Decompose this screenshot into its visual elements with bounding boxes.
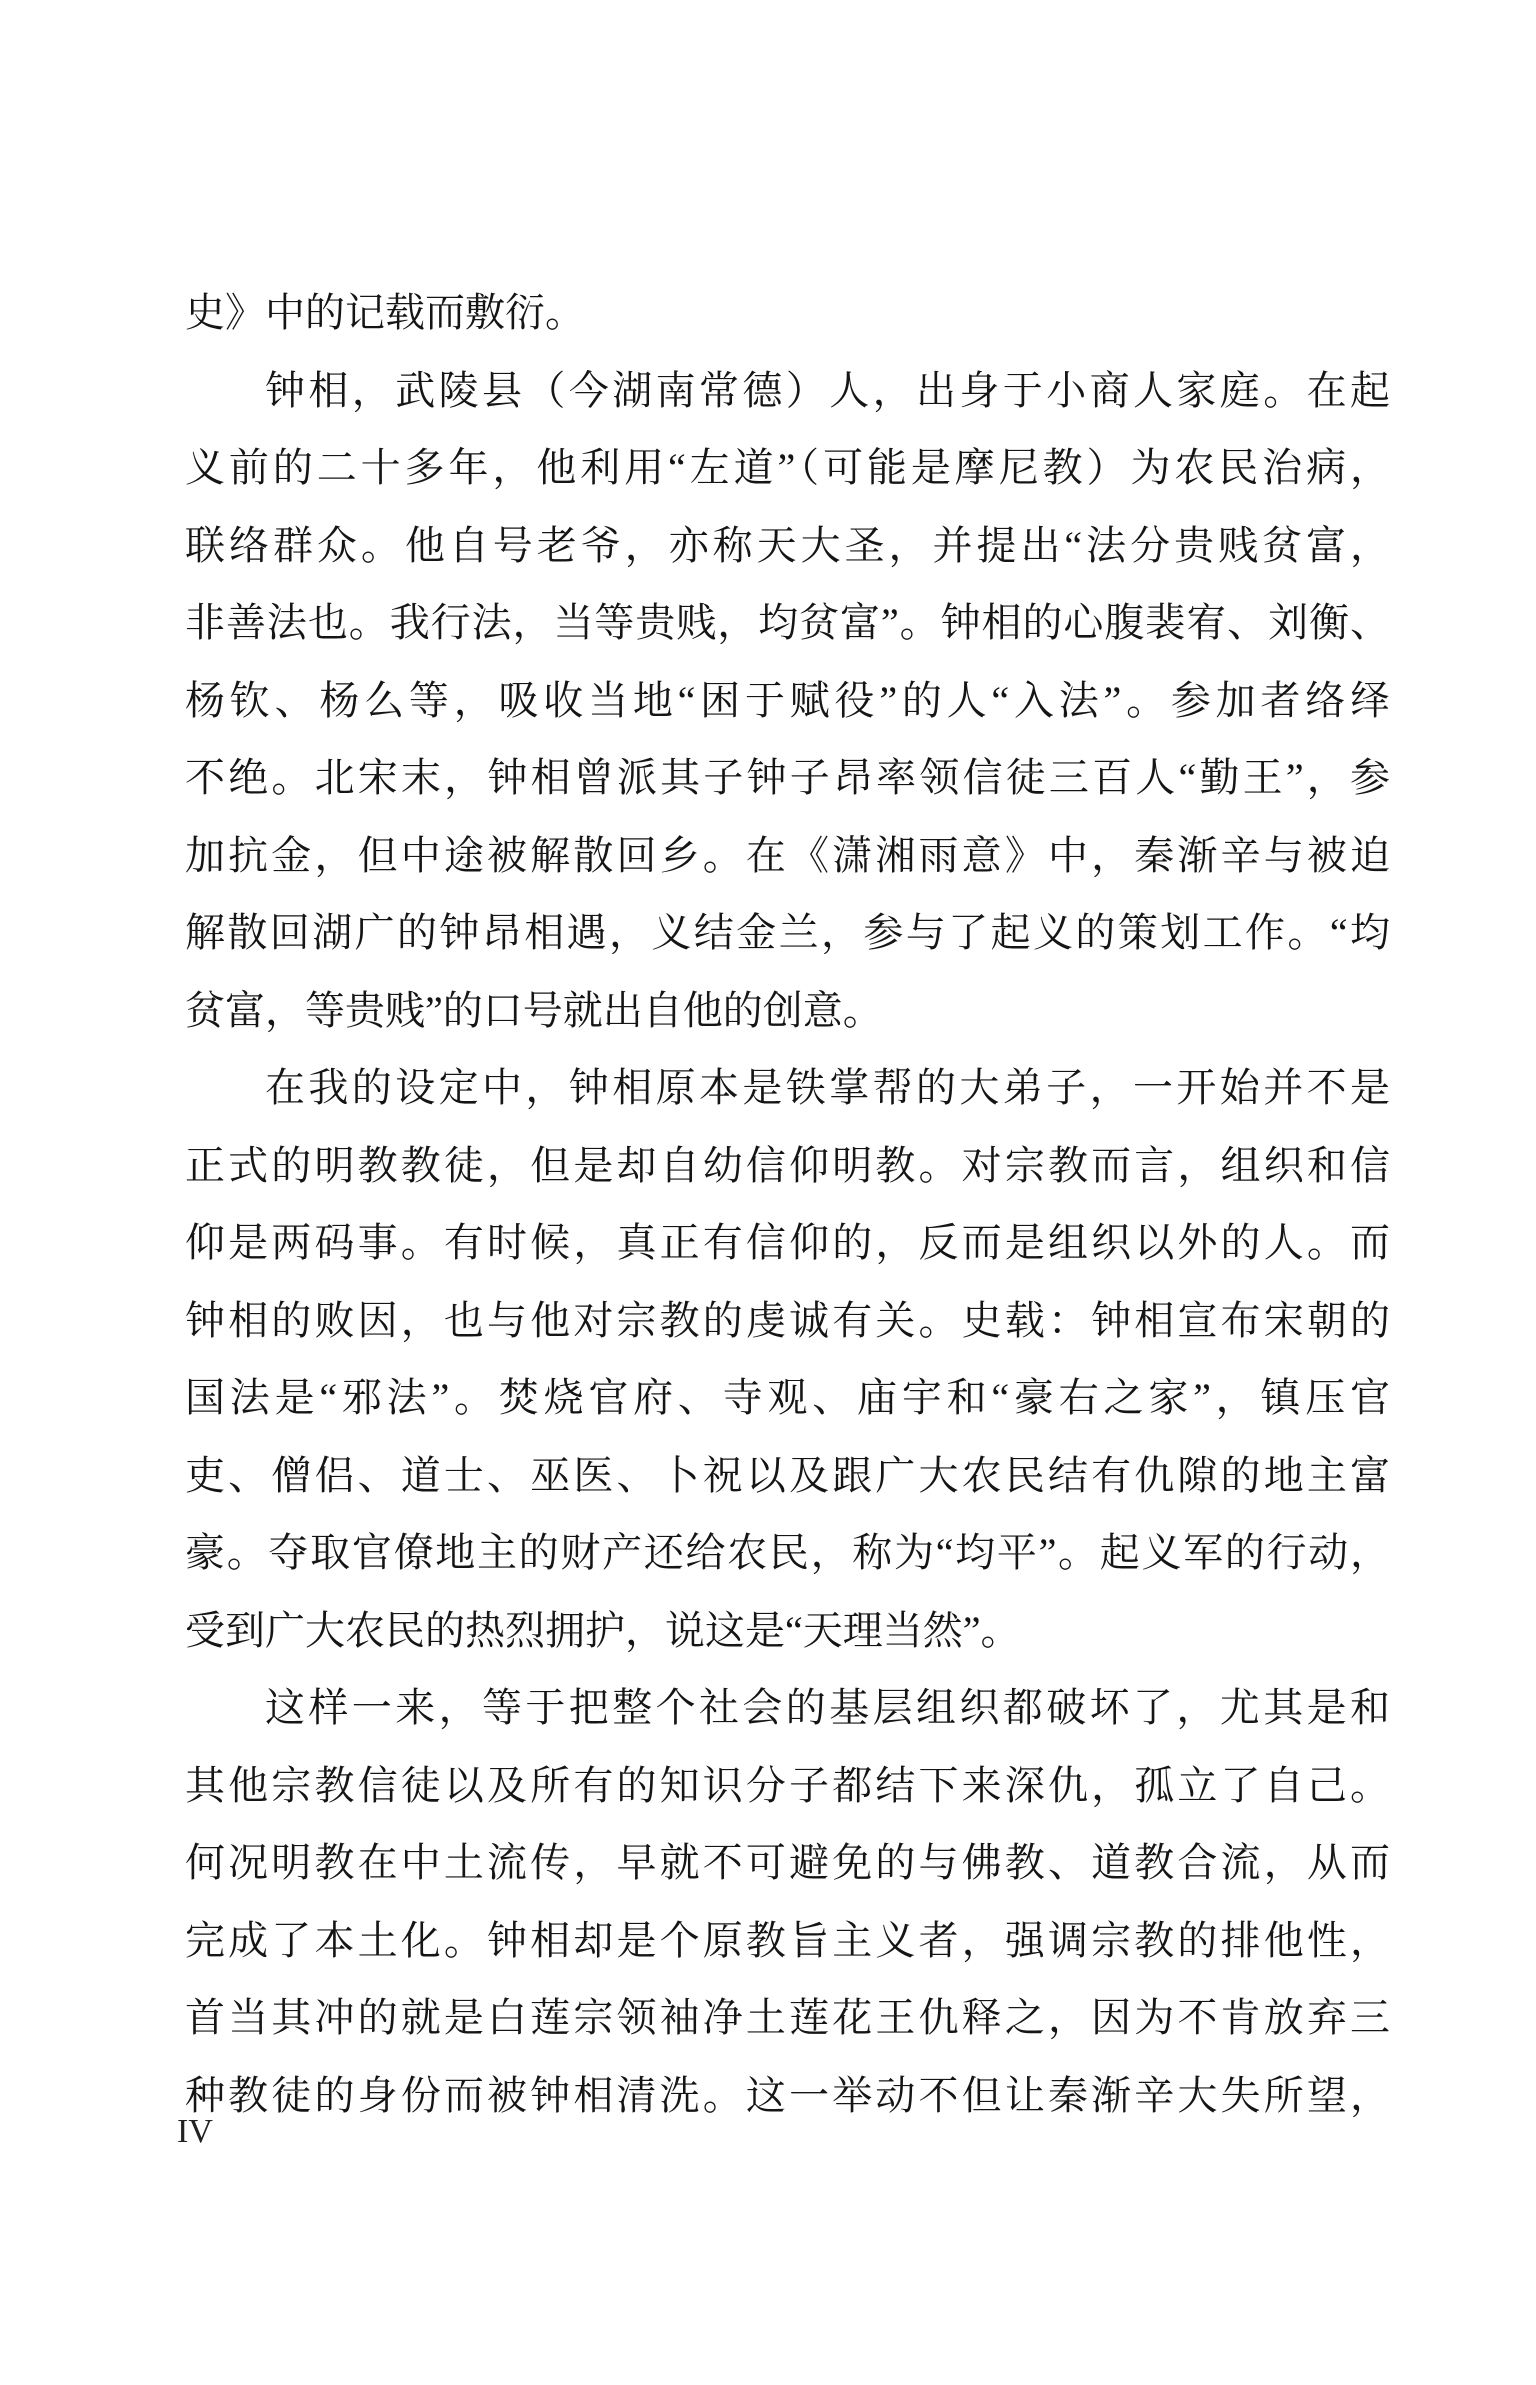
text-line: 史》中的记载而敷衍。 — [185, 274, 1390, 352]
text-line: 加抗金，但中途被解散回乡。在《潇湘雨意》中，秦渐辛与被迫 — [185, 817, 1390, 895]
text-line: 杨钦、杨么等，吸收当地“困于赋役”的人“入法”。参加者络绎 — [185, 662, 1390, 740]
text-line: 国法是“邪法”。焚烧官府、寺观、庙宇和“豪右之家”，镇压官 — [185, 1359, 1390, 1437]
text-line: 吏、僧侣、道士、巫医、卜祝以及跟广大农民结有仇隙的地主富 — [185, 1437, 1390, 1515]
page-number: IV — [177, 2112, 213, 2152]
text-line: 解散回湖广的钟昂相遇，义结金兰，参与了起义的策划工作。“均 — [185, 894, 1390, 972]
text-line: 贫富，等贵贱”的口号就出自他的创意。 — [185, 972, 1390, 1050]
text-line: 其他宗教信徒以及所有的知识分子都结下来深仇，孤立了自己。 — [185, 1747, 1390, 1825]
text-line: 联络群众。他自号老爷，亦称天大圣，并提出“法分贵贱贫富， — [185, 507, 1390, 585]
text-line: 钟相的败因，也与他对宗教的虔诚有关。史载：钟相宣布宋朝的 — [185, 1282, 1390, 1360]
text-line: 这样一来，等于把整个社会的基层组织都破坏了，尤其是和 — [185, 1669, 1390, 1747]
text-line: 仰是两码事。有时候，真正有信仰的，反而是组织以外的人。而 — [185, 1204, 1390, 1282]
text-line: 不绝。北宋末，钟相曾派其子钟子昂率领信徒三百人“勤王”，参 — [185, 739, 1390, 817]
text-line: 正式的明教教徒，但是却自幼信仰明教。对宗教而言，组织和信 — [185, 1127, 1390, 1205]
text-line: 钟相，武陵县（今湖南常德）人，出身于小商人家庭。在起 — [185, 352, 1390, 430]
book-page: 史》中的记载而敷衍。 钟相，武陵县（今湖南常德）人，出身于小商人家庭。在起 义前… — [0, 0, 1536, 2385]
text-line: 何况明教在中土流传，早就不可避免的与佛教、道教合流，从而 — [185, 1824, 1390, 1902]
text-line: 完成了本土化。钟相却是个原教旨主义者，强调宗教的排他性， — [185, 1902, 1390, 1980]
text-line: 受到广大农民的热烈拥护，说这是“天理当然”。 — [185, 1592, 1390, 1670]
text-line: 首当其冲的就是白莲宗领袖净土莲花王仇释之，因为不肯放弃三 — [185, 1979, 1390, 2057]
text-line: 义前的二十多年，他利用“左道”（可能是摩尼教）为农民治病， — [185, 429, 1390, 507]
text-line: 非善法也。我行法，当等贵贱，均贫富”。钟相的心腹裴宥、刘衡、 — [185, 584, 1390, 662]
text-line: 种教徒的身份而被钟相清洗。这一举动不但让秦渐辛大失所望， — [185, 2057, 1390, 2135]
body-text: 史》中的记载而敷衍。 钟相，武陵县（今湖南常德）人，出身于小商人家庭。在起 义前… — [185, 274, 1390, 2134]
text-line: 豪。夺取官僚地主的财产还给农民，称为“均平”。起义军的行动， — [185, 1514, 1390, 1592]
text-line: 在我的设定中，钟相原本是铁掌帮的大弟子，一开始并不是 — [185, 1049, 1390, 1127]
